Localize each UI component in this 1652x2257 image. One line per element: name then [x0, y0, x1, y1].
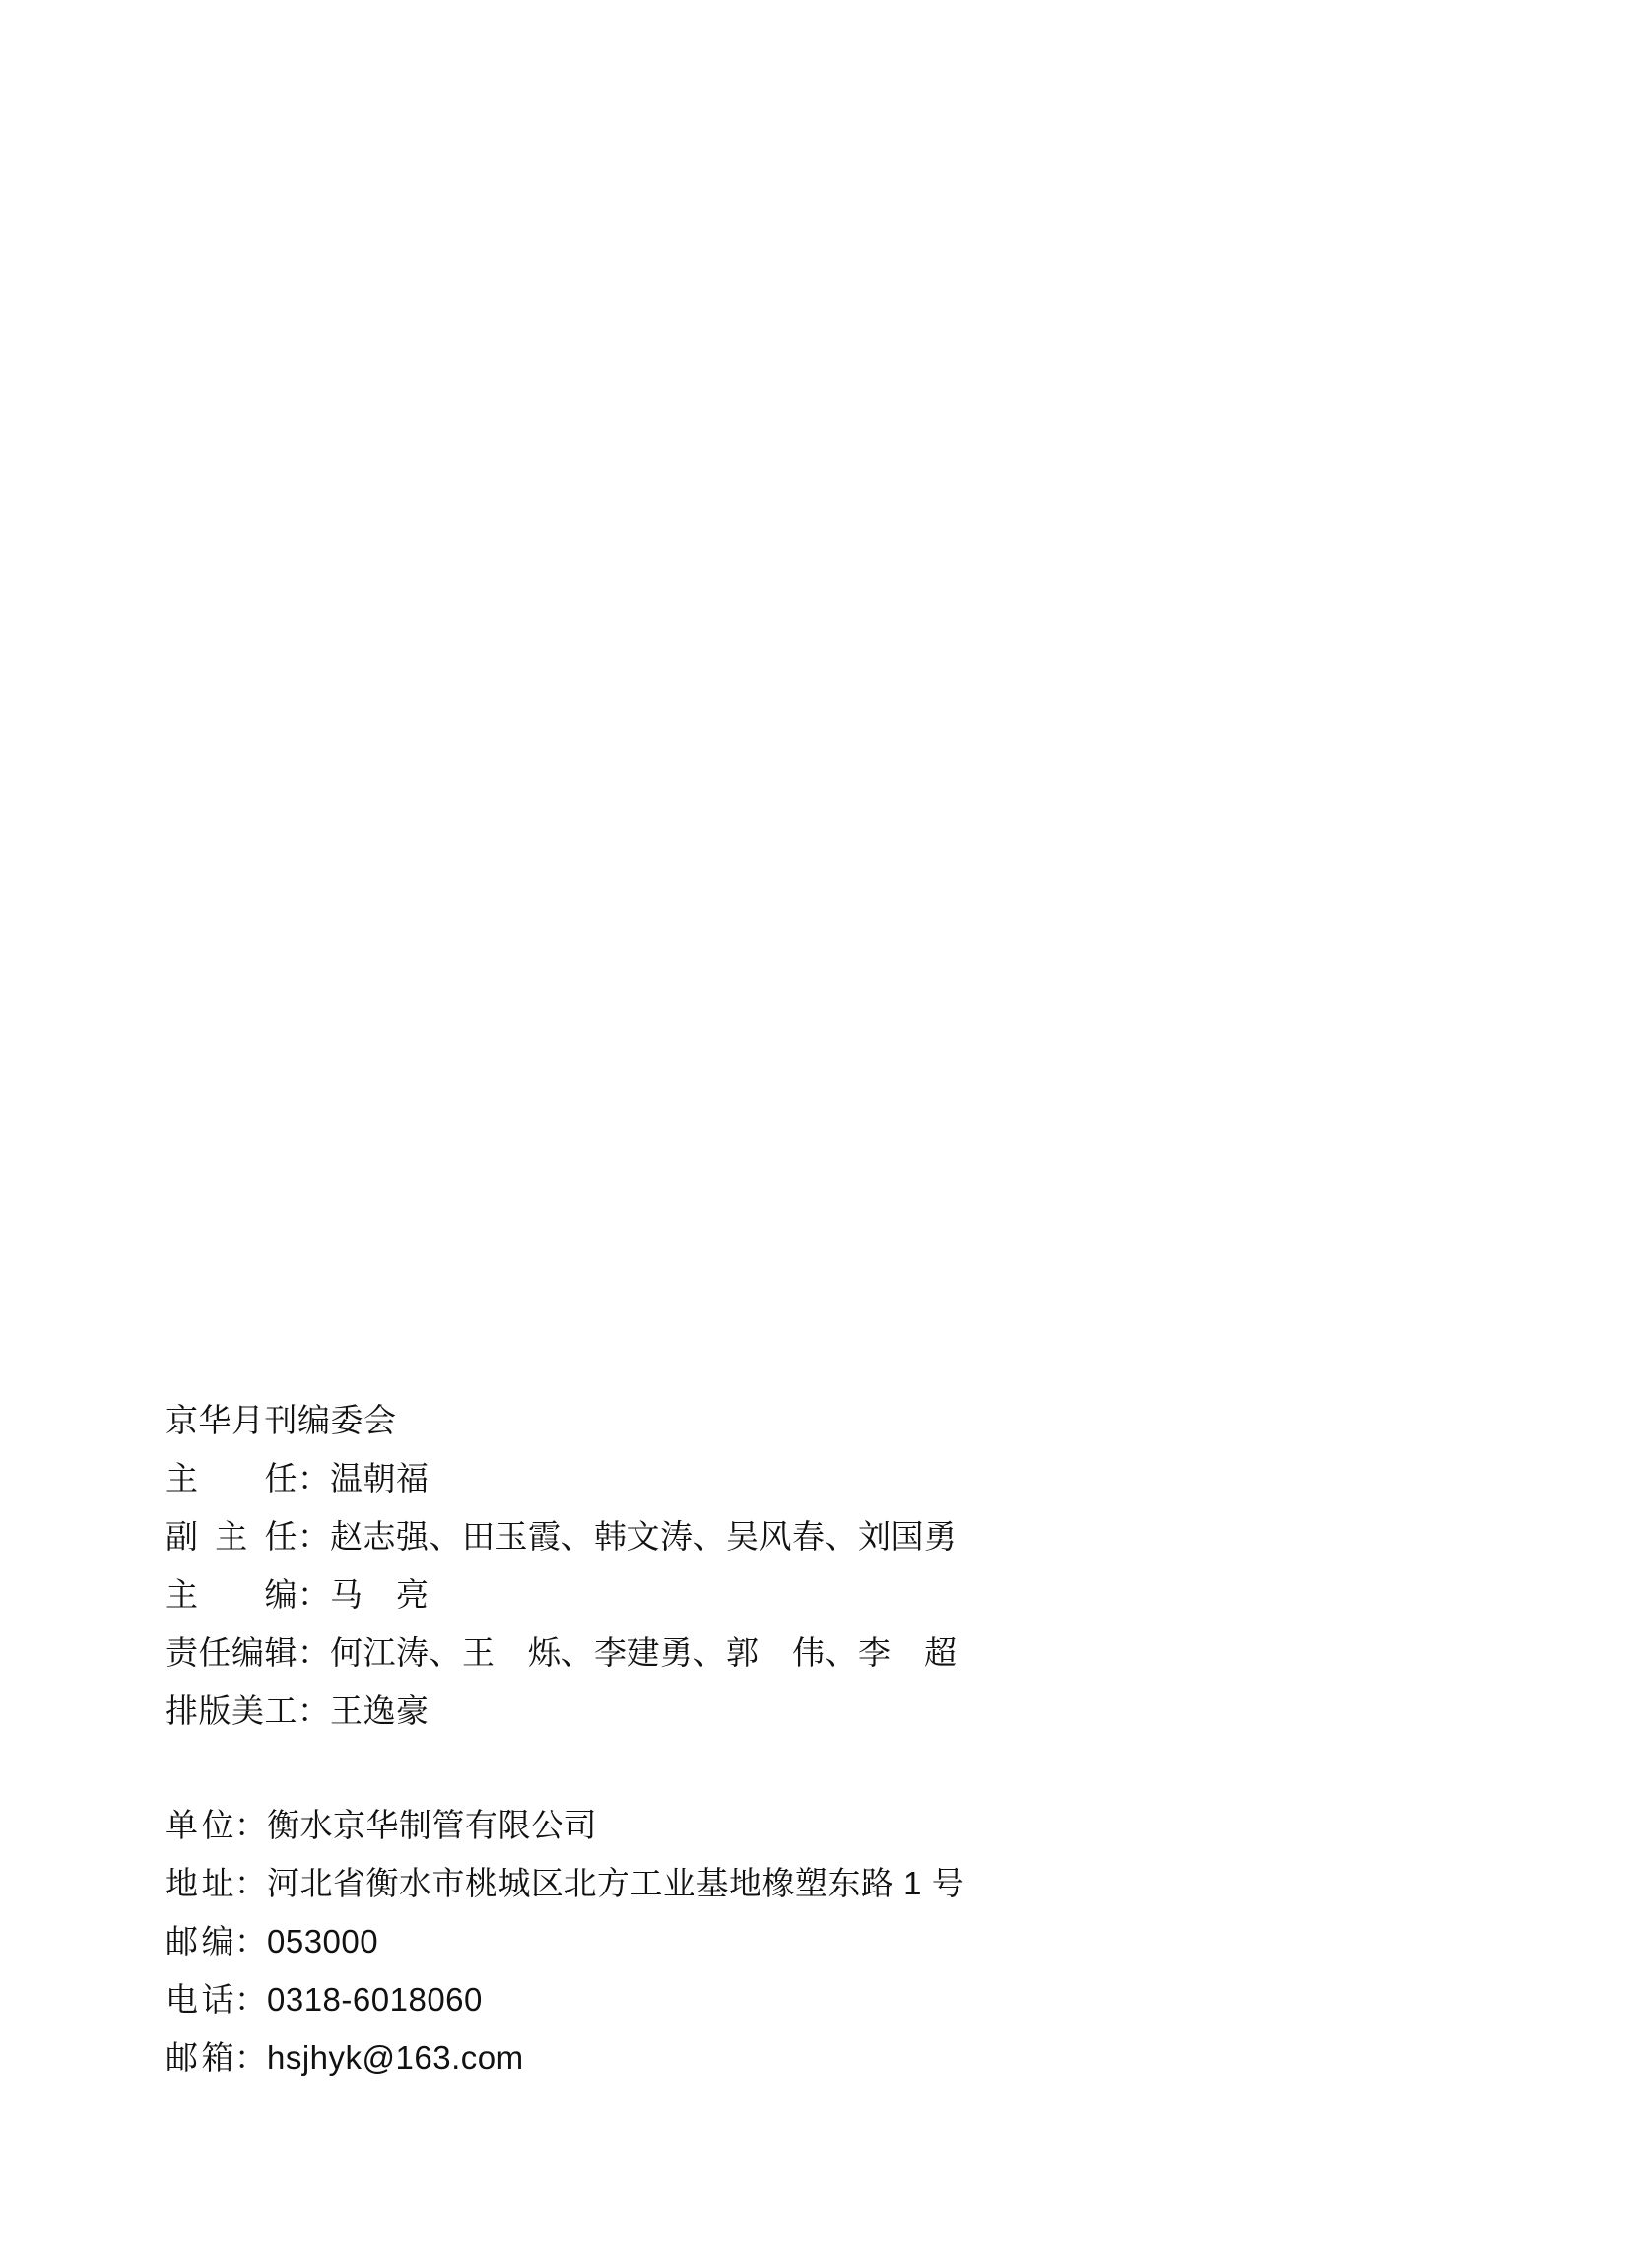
row-postcode: 邮编：053000 — [165, 1912, 964, 1970]
layout-designer-value: 王逸豪 — [330, 1693, 430, 1729]
deputy-directors-value: 赵志强、田玉霞、韩文涛、吴风春、刘国勇 — [330, 1518, 958, 1555]
executive-editors-label: 责任编辑 — [165, 1624, 297, 1682]
row-company: 单位：衡水京华制管有限公司 — [165, 1796, 964, 1854]
colon: ： — [234, 2028, 267, 2087]
row-deputy-directors: 副主任：赵志强、田玉霞、韩文涛、吴风春、刘国勇 — [165, 1507, 964, 1565]
postcode-label: 邮编 — [165, 1912, 234, 1970]
email-value: hsjhyk@163.com — [267, 2039, 524, 2076]
company-value: 衡水京华制管有限公司 — [267, 1807, 597, 1843]
row-email: 邮箱：hsjhyk@163.com — [165, 2028, 964, 2087]
editorial-committee-block: 京华月刊编委会 主任：温朝福 副主任：赵志强、田玉霞、韩文涛、吴风春、刘国勇 主… — [165, 1391, 964, 1740]
row-layout-designer: 排版美工：王逸豪 — [165, 1682, 964, 1740]
row-chief-editor: 主编：马 亮 — [165, 1565, 964, 1624]
row-phone: 电话：0318-6018060 — [165, 1970, 964, 2028]
document-page: 京华月刊编委会 主任：温朝福 副主任：赵志强、田玉霞、韩文涛、吴风春、刘国勇 主… — [0, 0, 1652, 2257]
colon: ： — [297, 1565, 330, 1624]
email-label: 邮箱 — [165, 2028, 234, 2087]
row-director: 主任：温朝福 — [165, 1449, 964, 1507]
colon: ： — [234, 1912, 267, 1970]
colon: ： — [297, 1624, 330, 1682]
phone-label: 电话 — [165, 1970, 234, 2028]
address-value: 河北省衡水市桃城区北方工业基地橡塑东路 1 号 — [267, 1865, 964, 1901]
colon: ： — [297, 1449, 330, 1507]
director-value: 温朝福 — [330, 1460, 430, 1496]
chief-editor-label: 主编 — [165, 1565, 297, 1624]
postcode-value: 053000 — [267, 1923, 378, 1959]
layout-designer-label: 排版美工 — [165, 1682, 297, 1740]
colophon: 京华月刊编委会 主任：温朝福 副主任：赵志强、田玉霞、韩文涛、吴风春、刘国勇 主… — [165, 1391, 964, 2087]
row-address: 地址：河北省衡水市桃城区北方工业基地橡塑东路 1 号 — [165, 1854, 964, 1912]
executive-editors-value: 何江涛、王 烁、李建勇、郭 伟、李 超 — [330, 1634, 958, 1671]
director-label: 主任 — [165, 1449, 297, 1507]
colon: ： — [297, 1682, 330, 1740]
row-executive-editors: 责任编辑：何江涛、王 烁、李建勇、郭 伟、李 超 — [165, 1624, 964, 1682]
colon: ： — [234, 1854, 267, 1912]
committee-title: 京华月刊编委会 — [165, 1391, 964, 1449]
phone-value: 0318-6018060 — [267, 1981, 483, 2018]
chief-editor-value: 马 亮 — [330, 1576, 430, 1613]
company-label: 单位 — [165, 1796, 234, 1854]
contact-block: 单位：衡水京华制管有限公司 地址：河北省衡水市桃城区北方工业基地橡塑东路 1 号… — [165, 1796, 964, 2087]
committee-title-text: 京华月刊编委会 — [165, 1402, 397, 1438]
colon: ： — [234, 1796, 267, 1854]
colon: ： — [234, 1970, 267, 2028]
colon: ： — [297, 1507, 330, 1565]
deputy-directors-label: 副主任 — [165, 1507, 297, 1565]
address-label: 地址 — [165, 1854, 234, 1912]
